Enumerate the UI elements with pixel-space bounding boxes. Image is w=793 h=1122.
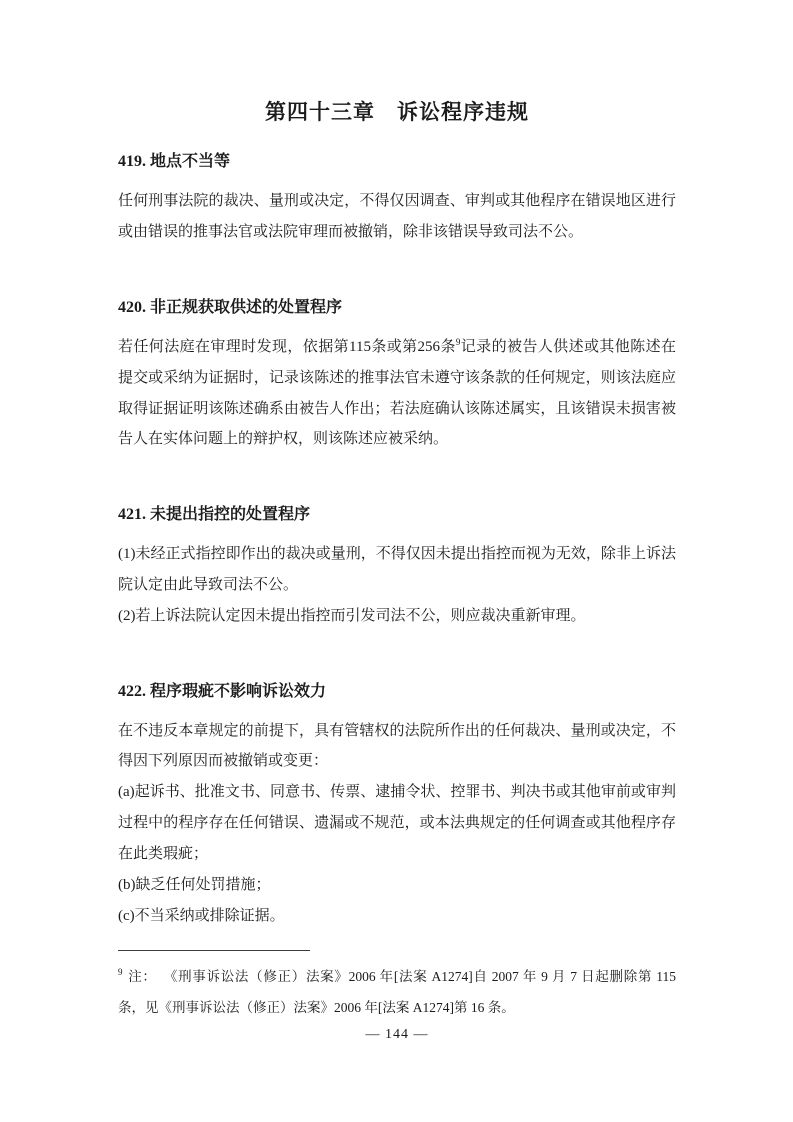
- section-419: 419.地点不当等 任何刑事法院的裁决、量刑或决定，不得仅因调查、审判或其他程序…: [118, 152, 676, 248]
- section-421-body: (1)未经正式指控即作出的裁决或量刑，不得仅因未提出指控而视为无效，除非上诉法院…: [118, 539, 676, 632]
- item-text: 起诉书、批准文书、同意书、传票、逮捕令状、控罪书、判决书或其他审前或审判过程中的…: [118, 784, 676, 862]
- section-422-number: 422.: [118, 683, 146, 700]
- section-421-title: 未提出指控的处置程序: [150, 506, 310, 523]
- section-421-item-2: (2)若上诉法院认定因未提出指控而引发司法不公，则应裁决重新审理。: [118, 601, 676, 632]
- section-422-body: 在不违反本章规定的前提下，具有管辖权的法院所作出的任何裁决、量刑或决定，不得因下…: [118, 716, 676, 932]
- section-419-paragraph: 任何刑事法院的裁决、量刑或决定，不得仅因调查、审判或其他程序在错误地区进行或由错…: [118, 186, 676, 248]
- section-419-heading: 419.地点不当等: [118, 152, 676, 173]
- footnote-block: 9注：《刑事诉讼法（修正）法案》2006 年[法案 A1274]自 2007 年…: [118, 950, 676, 1023]
- item-text: 若上诉法院认定因未提出指控而引发司法不公，则应裁决重新审理。: [136, 608, 586, 624]
- item-label: (2): [118, 608, 136, 624]
- section-420-number: 420.: [118, 299, 146, 316]
- section-422-item-c: (c)不当采纳或排除证据。: [118, 901, 676, 932]
- document-page: 第四十三章 诉讼程序违规 419.地点不当等 任何刑事法院的裁决、量刑或决定，不…: [0, 0, 793, 1122]
- item-text: 不当采纳或排除证据。: [135, 908, 285, 924]
- section-420: 420.非正规获取供述的处置程序 若任何法庭在审理时发现，依据第115条或第25…: [118, 298, 676, 455]
- section-419-title: 地点不当等: [150, 153, 230, 170]
- item-label: (a): [118, 784, 135, 800]
- section-421-item-1: (1)未经正式指控即作出的裁决或量刑，不得仅因未提出指控而视为无效，除非上诉法院…: [118, 539, 676, 601]
- section-421: 421.未提出指控的处置程序 (1)未经正式指控即作出的裁决或量刑，不得仅因未提…: [118, 505, 676, 631]
- footnote-separator: [118, 950, 310, 951]
- section-420-title: 非正规获取供述的处置程序: [150, 299, 342, 316]
- footnote-label: 注：: [128, 969, 157, 984]
- section-422-item-b: (b)缺乏任何处罚措施；: [118, 870, 676, 901]
- chapter-title: 第四十三章 诉讼程序违规: [118, 98, 676, 126]
- section-420-text-before-footnote-ref: 若任何法庭在审理时发现，依据第115条或第256条: [118, 339, 456, 355]
- section-421-number: 421.: [118, 506, 146, 523]
- section-422: 422.程序瑕疵不影响诉讼效力 在不违反本章规定的前提下，具有管辖权的法院所作出…: [118, 682, 676, 932]
- section-420-heading: 420.非正规获取供述的处置程序: [118, 298, 676, 319]
- section-421-heading: 421.未提出指控的处置程序: [118, 505, 676, 526]
- section-420-paragraph: 若任何法庭在审理时发现，依据第115条或第256条9记录的被告人供述或其他陈述在…: [118, 332, 676, 456]
- item-text: 缺乏任何处罚措施；: [136, 877, 271, 893]
- section-422-heading: 422.程序瑕疵不影响诉讼效力: [118, 682, 676, 703]
- section-422-intro: 在不违反本章规定的前提下，具有管辖权的法院所作出的任何裁决、量刑或决定，不得因下…: [118, 716, 676, 778]
- page-number: — 144 —: [118, 1027, 676, 1043]
- footnote-9: 9注：《刑事诉讼法（修正）法案》2006 年[法案 A1274]自 2007 年…: [118, 961, 676, 1023]
- section-419-number: 419.: [118, 153, 146, 170]
- footnote-content: 《刑事诉讼法（修正）法案》2006 年[法案 A1274]自 2007 年 9 …: [118, 969, 676, 1015]
- item-text: 未经正式指控即作出的裁决或量刑，不得仅因未提出指控而视为无效，除非上诉法院认定由…: [118, 546, 676, 593]
- footnote-marker: 9: [118, 967, 123, 977]
- item-label: (1): [118, 546, 136, 562]
- item-label: (b): [118, 877, 136, 893]
- item-label: (c): [118, 908, 135, 924]
- section-419-body: 任何刑事法院的裁决、量刑或决定，不得仅因调查、审判或其他程序在错误地区进行或由错…: [118, 186, 676, 248]
- section-422-title: 程序瑕疵不影响诉讼效力: [150, 683, 326, 700]
- section-422-item-a: (a)起诉书、批准文书、同意书、传票、逮捕令状、控罪书、判决书或其他审前或审判过…: [118, 777, 676, 870]
- section-420-text-after-footnote-ref: 记录的被告人供述或其他陈述在提交或采纳为证据时，记录该陈述的推事法官未遵守该条款…: [118, 339, 676, 448]
- section-420-body: 若任何法庭在审理时发现，依据第115条或第256条9记录的被告人供述或其他陈述在…: [118, 332, 676, 456]
